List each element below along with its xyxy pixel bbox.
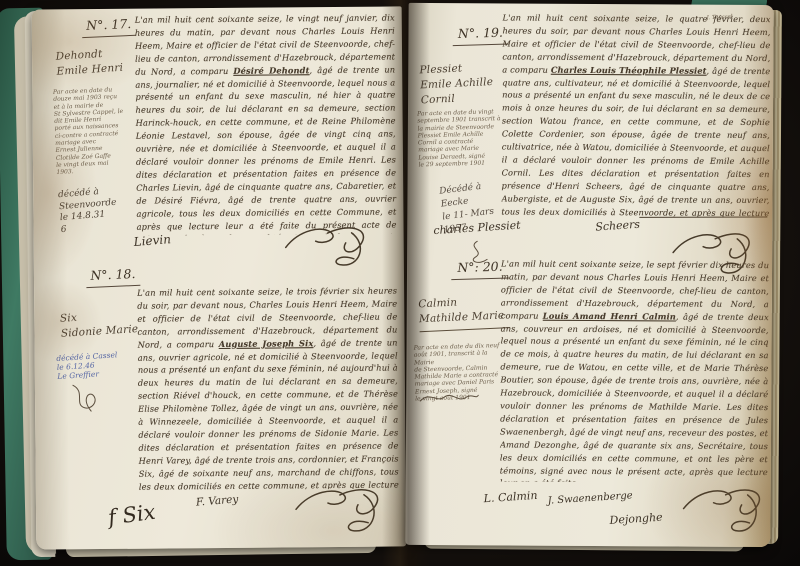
declarant-name: Auguste Joseph Six — [219, 338, 314, 349]
witness-signature: F. Varey — [196, 493, 239, 508]
entry-number: N°. 18. — [86, 266, 141, 288]
witness-signature: Dejonghe — [609, 511, 663, 527]
register-photo: N°. 17. Dehondt Emile Henri Par acte en … — [0, 0, 800, 566]
right-page: N°. 19. Plessiet Emile Achille Cornil Pa… — [405, 3, 773, 547]
mayor-paraphe-flourish-icon — [290, 478, 395, 541]
birth-record-entry-20: N°: 20. Calmin Mathilde Marie Par acte e… — [405, 3, 773, 547]
body-text: , âgé de trente deux ans, couvreur en ar… — [500, 311, 769, 483]
entry-body: L'an mil huit cent soixante seize, le se… — [500, 257, 769, 483]
body-text: , âgé de trente un ans, ouvrier agricole… — [138, 337, 399, 491]
entry-body: L'an mil huit cent soixante seize, le tr… — [137, 284, 399, 490]
father-signature: L. Calmin — [483, 489, 538, 505]
margin-signature-flourish-icon — [418, 389, 480, 407]
birth-record-entry-18: N°. 18. Six Sidonie Marie décédé à Casse… — [32, 6, 407, 549]
margin-name: Calmin Mathilde Marie — [418, 293, 510, 332]
witness-signature: J. Swaenenberge — [547, 490, 633, 506]
left-page: N°. 17. Dehondt Emile Henri Par acte en … — [32, 6, 407, 549]
clerk-flourish-icon — [65, 381, 109, 415]
declarant-name: Louis Amand Henri Calmin — [543, 310, 676, 321]
mayor-paraphe-flourish-icon — [679, 481, 771, 542]
father-signature: f Six — [107, 500, 157, 530]
